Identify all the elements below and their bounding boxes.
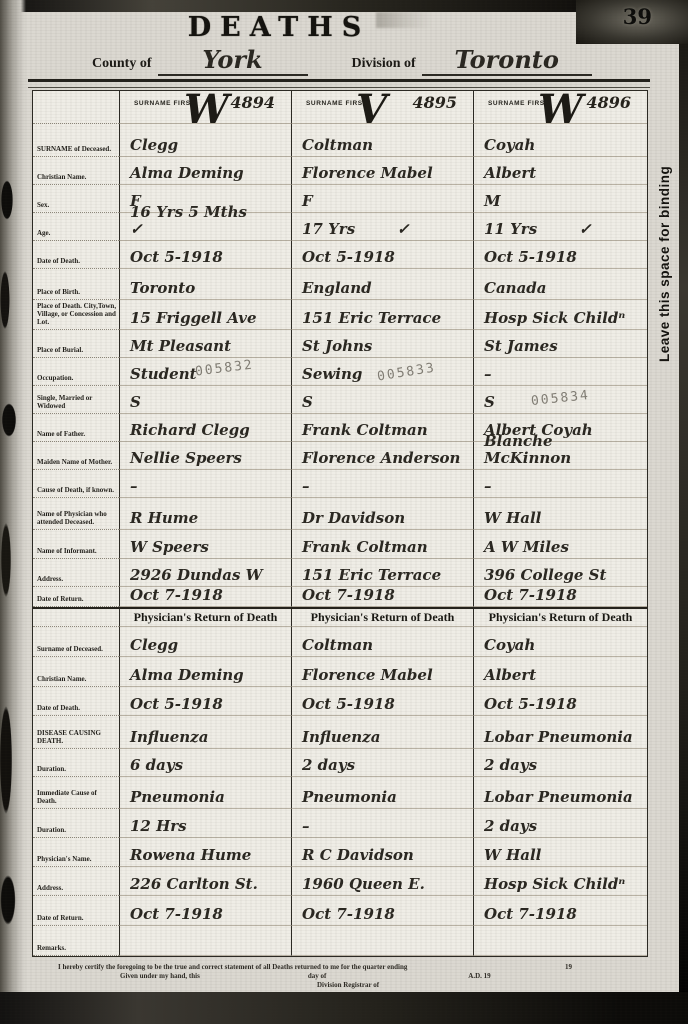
field-value: St Johns [291, 330, 473, 358]
field-value: Influenza [119, 716, 291, 749]
certify-line: I hereby certify the foregoing to be the… [58, 963, 606, 972]
row-label: Name of Physician who attended Deceased. [33, 498, 119, 530]
division-label: Division of [352, 56, 416, 76]
field-value: Alma Deming [119, 157, 291, 185]
row-label: Occupation. [33, 358, 119, 386]
table-row: Remarks. [33, 926, 647, 956]
field-value: R C Davidson [291, 838, 473, 867]
division-value: Toronto [422, 45, 592, 76]
field-value: 226 Carlton St. [119, 867, 291, 896]
field-value: Blanche McKinnon [473, 442, 647, 470]
scan-corner-blot: 39 [576, 0, 688, 44]
field-value: W Speers [119, 530, 291, 559]
row-label: Place of Death. City,Town, Village, or C… [33, 300, 119, 330]
table-row: DISEASE CAUSING DEATH.InfluenzaInfluenza… [33, 716, 647, 749]
table-row: Maiden Name of Mother.Nellie SpeersFlore… [33, 442, 647, 470]
table-row: Date of Return.Oct 7-1918Oct 7-1918Oct 7… [33, 587, 647, 607]
field-value: M [473, 185, 647, 213]
table-row: Place of Burial.Mt PleasantSt JohnsSt Ja… [33, 330, 647, 358]
field-value: – [473, 358, 647, 386]
field-value: 2 days [473, 749, 647, 777]
field-value: Dr Davidson [291, 498, 473, 530]
field-value: – [291, 809, 473, 838]
registration-cell: SURNAME FIRST W 4896 [473, 91, 647, 124]
field-value: St James [473, 330, 647, 358]
physician-return-section: Surname of Deceased.CleggColtmanCoyahChr… [33, 627, 647, 956]
page-title: DEATHS [188, 12, 371, 43]
registrar-check-mark: V [356, 93, 387, 127]
certify-year: 19 [565, 963, 572, 972]
field-value: – [291, 470, 473, 498]
row-label: SURNAME of Deceased. [33, 124, 119, 157]
field-value: Hosp Sick Childⁿ [473, 300, 647, 330]
given-line: Given under my hand, this day of A.D. 19 [58, 972, 606, 981]
field-value: Florence Mabel [291, 657, 473, 687]
row-label: Single, Married or Widowed [33, 386, 119, 414]
registration-number-row: SURNAME FIRST W 4894 SURNAME FIRST V 489… [33, 91, 647, 124]
field-value: 16 Yrs 5 Mths ✓ [119, 213, 291, 241]
county-value: York [158, 45, 308, 76]
field-value: 2926 Dundas W [119, 559, 291, 587]
field-value: Oct 7-1918 [119, 587, 291, 607]
field-value: Oct 5-1918 [291, 687, 473, 716]
certify-text: I hereby certify the foregoing to be the… [58, 963, 407, 972]
county-label: County of [92, 56, 152, 76]
field-value: Rowena Hume [119, 838, 291, 867]
field-value: Florence Mabel [291, 157, 473, 185]
field-value: 151 Eric Terrace [291, 559, 473, 587]
table-row: Immediate Cause of Death.PneumoniaPneumo… [33, 777, 647, 809]
field-value: Nellie Speers [119, 442, 291, 470]
field-value: W Hall [473, 498, 647, 530]
day-of-text: day of [308, 972, 326, 981]
field-value: Lobar Pneumonia [473, 777, 647, 809]
row-label: Place of Birth. [33, 269, 119, 300]
field-value: Richard Clegg [119, 414, 291, 442]
row-label: Age. [33, 213, 119, 241]
field-value: S [291, 386, 473, 414]
field-value: Oct 7-1918 [291, 896, 473, 926]
field-value: – [119, 470, 291, 498]
field-value: 12 Hrs [119, 809, 291, 838]
ad-year-text: A.D. 19 [468, 972, 490, 981]
physician-return-header-row: Physician's Return of Death Physician's … [33, 607, 647, 627]
row-label: Sex. [33, 185, 119, 213]
row-label: Cause of Death, if known. [33, 470, 119, 498]
field-value: Hosp Sick Childⁿ [473, 867, 647, 896]
row-label: Address. [33, 559, 119, 587]
table-row: Occupation.StudentSewing– [33, 358, 647, 386]
row-label: Address. [33, 867, 119, 896]
binding-note: Leave this space for binding [657, 122, 672, 362]
field-value: Mt Pleasant [119, 330, 291, 358]
field-value: Coltman [291, 627, 473, 657]
physician-return-title: Physician's Return of Death [291, 609, 473, 627]
row-label: Immediate Cause of Death. [33, 777, 119, 809]
header: DEATHS [30, 12, 590, 44]
death-register-table: SURNAME FIRST W 4894 SURNAME FIRST V 489… [32, 90, 648, 957]
field-value [291, 926, 473, 956]
registration-cell: SURNAME FIRST W 4894 [119, 91, 291, 124]
field-value: F [291, 185, 473, 213]
registration-cell: SURNAME FIRST V 4895 [291, 91, 473, 124]
table-row: Sex.FFM [33, 185, 647, 213]
table-row: Name of Physician who attended Deceased.… [33, 498, 647, 530]
table-row: Date of Death.Oct 5-1918Oct 5-1918Oct 5-… [33, 241, 647, 269]
row-label: Date of Return. [33, 587, 119, 607]
page-number: 39 [623, 4, 652, 29]
table-row: Physician's Name.Rowena HumeR C Davidson… [33, 838, 647, 867]
given-text: Given under my hand, this [120, 972, 200, 981]
table-row: Age.16 Yrs 5 Mths ✓17 Yrs ✓11 Yrs ✓ [33, 213, 647, 241]
field-value: Albert [473, 657, 647, 687]
row-label: Date of Death. [33, 241, 119, 269]
field-value: 6 days [119, 749, 291, 777]
table-row: Cause of Death, if known.––– [33, 470, 647, 498]
registrar-return-section: SURNAME of Deceased.CleggColtmanCoyahChr… [33, 124, 647, 607]
field-value: Coyah [473, 627, 647, 657]
field-value: Oct 5-1918 [119, 241, 291, 269]
field-value: A W Miles [473, 530, 647, 559]
field-value: Oct 5-1918 [473, 687, 647, 716]
field-value: Pneumonia [291, 777, 473, 809]
field-value: 15 Friggell Ave [119, 300, 291, 330]
row-label: Name of Father. [33, 414, 119, 442]
row-label: Date of Return. [33, 896, 119, 926]
row-label: Christian Name. [33, 657, 119, 687]
field-value: Oct 5-1918 [119, 687, 291, 716]
table-row: Date of Death.Oct 5-1918Oct 5-1918Oct 5-… [33, 687, 647, 716]
table-row: Duration.12 Hrs–2 days [33, 809, 647, 838]
scanned-page: 39 DEATHS County of York Division of Tor… [0, 0, 688, 1024]
field-value: W Hall [473, 838, 647, 867]
field-value: 396 College St [473, 559, 647, 587]
field-value: – [473, 470, 647, 498]
table-row: Place of Birth.TorontoEnglandCanada [33, 269, 647, 300]
row-label: Maiden Name of Mother. [33, 442, 119, 470]
field-value: 11 Yrs ✓ [473, 213, 647, 241]
registration-number: 4896 [586, 93, 631, 112]
field-value: Alma Deming [119, 657, 291, 687]
county-division-line: County of York Division of Toronto [92, 46, 688, 76]
field-value: S [119, 386, 291, 414]
field-value: Pneumonia [119, 777, 291, 809]
registration-number: 4895 [412, 93, 457, 112]
print-smudge [376, 12, 432, 28]
scan-edge-bottom [0, 992, 688, 1024]
physician-return-title: Physician's Return of Death [473, 609, 647, 627]
row-label: Date of Death. [33, 687, 119, 716]
row-label: Christian Name. [33, 157, 119, 185]
field-value: Oct 7-1918 [473, 896, 647, 926]
row-label: Place of Burial. [33, 330, 119, 358]
field-value: Oct 5-1918 [473, 241, 647, 269]
field-value: 17 Yrs ✓ [291, 213, 473, 241]
scan-edge-right [679, 0, 688, 1024]
field-value: 2 days [291, 749, 473, 777]
row-label: Physician's Name. [33, 838, 119, 867]
table-row: Surname of Deceased.CleggColtmanCoyah [33, 627, 647, 657]
field-value: 2 days [473, 809, 647, 838]
field-value: 151 Eric Terrace [291, 300, 473, 330]
registration-number: 4894 [230, 93, 275, 112]
table-row: Address.226 Carlton St.1960 Queen E.Hosp… [33, 867, 647, 896]
physician-return-title: Physician's Return of Death [119, 609, 291, 627]
scan-edge-left [0, 0, 26, 1024]
table-row: Date of Return.Oct 7-1918Oct 7-1918Oct 7… [33, 896, 647, 926]
table-row: Duration.6 days2 days2 days [33, 749, 647, 777]
table-row: Christian Name.Alma DemingFlorence Mabel… [33, 157, 647, 185]
field-value: Canada [473, 269, 647, 300]
field-value [119, 926, 291, 956]
row-label: Surname of Deceased. [33, 627, 119, 657]
field-value: Albert [473, 157, 647, 185]
table-row: Place of Death. City,Town, Village, or C… [33, 300, 647, 330]
field-value: Frank Coltman [291, 530, 473, 559]
field-value: Oct 5-1918 [291, 241, 473, 269]
field-value: Clegg [119, 627, 291, 657]
field-value: 1960 Queen E. [291, 867, 473, 896]
field-value: England [291, 269, 473, 300]
field-value: Lobar Pneumonia [473, 716, 647, 749]
certification-footer: I hereby certify the foregoing to be the… [58, 963, 606, 990]
field-value: Oct 7-1918 [473, 587, 647, 607]
row-label [33, 91, 119, 124]
row-label: Duration. [33, 809, 119, 838]
row-label: Remarks. [33, 926, 119, 956]
field-value: Toronto [119, 269, 291, 300]
row-label [33, 609, 119, 627]
field-value [473, 926, 647, 956]
field-value: Frank Coltman [291, 414, 473, 442]
registrar-check-mark: W [184, 93, 229, 127]
table-row: Christian Name.Alma DemingFlorence Mabel… [33, 657, 647, 687]
row-label: DISEASE CAUSING DEATH. [33, 716, 119, 749]
field-value: Influenza [291, 716, 473, 749]
registrar-check-mark: W [538, 93, 583, 127]
table-row: Name of Informant.W SpeersFrank ColtmanA… [33, 530, 647, 559]
row-label: Name of Informant. [33, 530, 119, 559]
registrar-line: Division Registrar of [148, 981, 548, 990]
registrar-text: Division Registrar of [317, 981, 379, 989]
row-label: Duration. [33, 749, 119, 777]
field-value: Oct 7-1918 [291, 587, 473, 607]
field-value: Florence Anderson [291, 442, 473, 470]
field-value: Oct 7-1918 [119, 896, 291, 926]
table-row: Address.2926 Dundas W151 Eric Terrace396… [33, 559, 647, 587]
field-value: R Hume [119, 498, 291, 530]
